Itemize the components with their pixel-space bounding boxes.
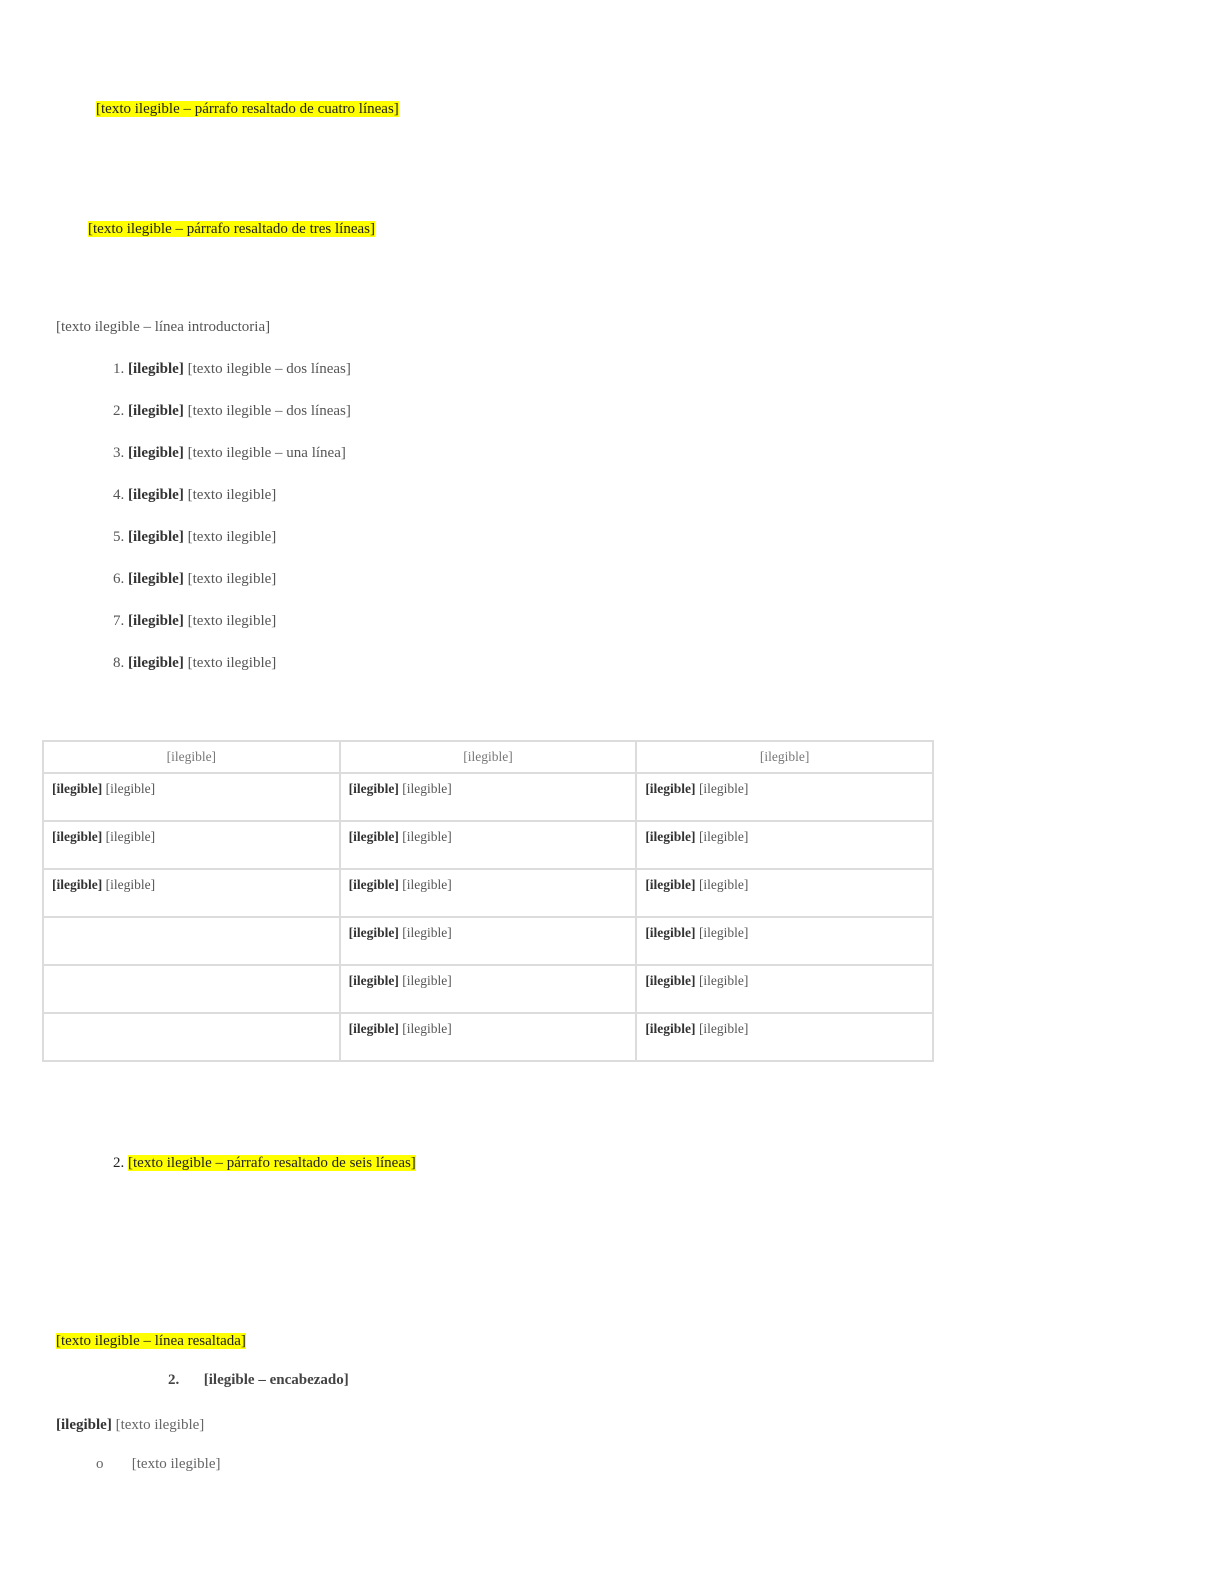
table-header: [ilegible] — [636, 741, 933, 773]
table-header: [ilegible] — [43, 741, 340, 773]
intro-line: [texto ilegible – línea introductoria] — [56, 314, 1156, 340]
table-cell: [ilegible] [ilegible] — [340, 869, 637, 917]
table-row: [ilegible] [ilegible][ilegible] [ilegibl… — [43, 965, 933, 1013]
table-cell: [ilegible] [ilegible] — [636, 965, 933, 1013]
list-item: [ilegible] [texto ilegible] — [128, 524, 1190, 550]
list-item: [ilegible] [texto ilegible] — [128, 566, 1190, 592]
table-cell: [ilegible] [ilegible] — [340, 821, 637, 869]
list-item: [texto ilegible – párrafo resaltado de s… — [128, 1150, 1190, 1176]
table-cell — [43, 1013, 340, 1061]
table-row: [ilegible] [ilegible][ilegible] [ilegibl… — [43, 1013, 933, 1061]
table-cell — [43, 917, 340, 965]
highlighted-paragraph-1: [texto ilegible – párrafo resaltado de c… — [96, 96, 1158, 122]
list-item: [ilegible] [texto ilegible] — [128, 650, 1190, 676]
highlighted-list: [texto ilegible – párrafo resaltado de s… — [96, 1150, 1190, 1176]
bullet-icon: o — [96, 1456, 128, 1473]
table-cell: [ilegible] [ilegible] — [43, 869, 340, 917]
table-cell: [ilegible] [ilegible] — [636, 821, 933, 869]
table-cell: [ilegible] [ilegible] — [636, 1013, 933, 1061]
table-cell: [ilegible] [ilegible] — [43, 773, 340, 821]
organizations-table: [ilegible][ilegible][ilegible] [ilegible… — [42, 740, 934, 1062]
table-cell: [ilegible] [ilegible] — [43, 821, 340, 869]
table-cell — [43, 965, 340, 1013]
numbered-list: [ilegible] [texto ilegible – dos líneas]… — [96, 356, 1190, 692]
table-cell: [ilegible] [ilegible] — [636, 773, 933, 821]
table-cell: [ilegible] [ilegible] — [636, 917, 933, 965]
body-paragraph: [ilegible] [texto ilegible] — [56, 1412, 1156, 1438]
highlighted-paragraph-2: [texto ilegible – párrafo resaltado de t… — [88, 216, 1158, 242]
table-header: [ilegible] — [340, 741, 637, 773]
table-row: [ilegible] [ilegible][ilegible] [ilegibl… — [43, 773, 933, 821]
table-cell: [ilegible] [ilegible] — [340, 965, 637, 1013]
table-cell: [ilegible] [ilegible] — [340, 1013, 637, 1061]
table-cell: [ilegible] [ilegible] — [340, 773, 637, 821]
table-cell: [ilegible] [ilegible] — [636, 869, 933, 917]
highlighted-question: [texto ilegible – línea resaltada] — [56, 1328, 878, 1354]
list-item: [ilegible] [texto ilegible – dos líneas] — [128, 356, 1190, 382]
document-page: [texto ilegible – párrafo resaltado de c… — [0, 0, 1224, 1584]
table-cell: [ilegible] [ilegible] — [340, 917, 637, 965]
table-row: [ilegible] [ilegible][ilegible] [ilegibl… — [43, 821, 933, 869]
section-heading: 2. [ilegible – encabezado] — [168, 1372, 668, 1389]
bullet-item: o [texto ilegible] — [96, 1456, 796, 1473]
table-row: [ilegible] [ilegible][ilegible] [ilegibl… — [43, 869, 933, 917]
list-item: [ilegible] [texto ilegible – una línea] — [128, 440, 1190, 466]
table-row: [ilegible] [ilegible][ilegible] [ilegibl… — [43, 917, 933, 965]
list-item: [ilegible] [texto ilegible] — [128, 608, 1190, 634]
list-item: [ilegible] [texto ilegible – dos líneas] — [128, 398, 1190, 424]
list-item: [ilegible] [texto ilegible] — [128, 482, 1190, 508]
